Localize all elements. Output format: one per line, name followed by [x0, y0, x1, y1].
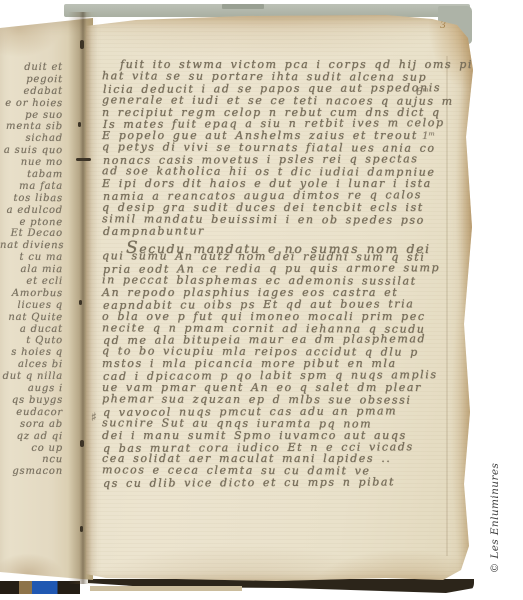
- text-line: e ptone: [0, 216, 63, 228]
- text-line: qs buygs: [0, 395, 63, 407]
- text-line: alces bi: [0, 359, 63, 371]
- sewing-stitch: [80, 526, 83, 532]
- paragraph-one: fuit ito stwma victom pca i corps qd hij…: [102, 58, 448, 236]
- text-line: sucnire Sut au qnqs iuramta pq nom: [102, 416, 448, 429]
- text-line: dampnabuntur: [103, 224, 449, 238]
- text-line: ma fata: [0, 181, 63, 193]
- text-line: a edulcod: [0, 205, 63, 217]
- paragraph-two: Secudu mandatu e no sumas nom deiqui sum…: [102, 238, 448, 488]
- text-line: sora ab: [0, 419, 63, 431]
- text-line: a ducat: [0, 324, 63, 336]
- sewing-stitch: [80, 40, 84, 49]
- text-line: Secudu mandatu e no sumas nom dei: [126, 238, 448, 250]
- text-line: tabam: [0, 169, 63, 181]
- text-line: cad i dpicacom p qo labit spm q nuqs amp…: [103, 368, 449, 382]
- text-line: eudacor: [0, 407, 63, 419]
- text-line: dut q nilla: [0, 371, 63, 383]
- text-line: in peccat blasphemas ec ademonis sussila…: [102, 273, 448, 286]
- sewing-stitch: [79, 300, 82, 305]
- text-line: nat diviens: [0, 240, 63, 252]
- text-line: pe suo: [0, 110, 63, 122]
- manuscript-photo: duit etpegoitedabate or hoiespe suomenta…: [0, 0, 523, 600]
- page-stack-edge: [90, 586, 242, 591]
- text-line: t Quto: [0, 335, 63, 347]
- copyright-caption: © Les Enluminures: [489, 455, 503, 581]
- text-line: duit et: [0, 62, 63, 74]
- text-line: gsmacon: [0, 466, 63, 478]
- text-line: qz ad qi: [0, 430, 63, 442]
- text-line: E ipi dors dit haios e dut yole i lunar …: [102, 177, 448, 189]
- text-line: ue vam pmar quent An eo q salet dm plear: [102, 381, 448, 393]
- text-line: q to bo vicupiu mla reipos accidut q dlu…: [102, 345, 448, 358]
- text-line: Is mates fuit epaq a siu n retbit ives m…: [103, 117, 449, 131]
- sewing-stitch: [80, 440, 84, 447]
- text-line: et ecli: [0, 276, 63, 288]
- sewing-stitch: [78, 122, 81, 127]
- text-line: An repodo plasphius iages eos castra et: [102, 286, 448, 298]
- text-line: namia a reancatos augua dimtos re q calo…: [103, 188, 449, 202]
- text-line: edabat: [0, 86, 63, 98]
- text-line: licues q: [0, 300, 63, 312]
- text-line: e or hoies: [0, 98, 63, 110]
- manuscript-text: fuit ito stwma victom pca i corps qd hij…: [102, 58, 448, 488]
- binding-top-edge: [64, 4, 470, 17]
- binding-top-tab: [222, 4, 264, 9]
- left-page-text-fragments: duit etpegoitedabate or hoiespe suomenta…: [0, 62, 63, 478]
- text-line: ala mia: [0, 264, 63, 276]
- text-line: mstos i mla picancia more pibut en mla: [102, 357, 448, 369]
- text-line: t cu ma: [0, 252, 63, 264]
- sewing-stitch: [76, 158, 91, 161]
- text-line: a suis quo: [0, 145, 63, 157]
- text-line: qs cu dlib vice dicto et cu mps n pibat: [103, 475, 449, 489]
- text-line: generale et iudi et se ce teti nacoes q …: [102, 93, 448, 106]
- text-line: pegoit: [0, 74, 63, 86]
- right-page: 3 6ᵐ 1ᵐ ♯ fuit ito stwma victom pca i co…: [86, 12, 474, 588]
- text-line: Et Decao: [0, 228, 63, 240]
- text-line: menta sib: [0, 121, 63, 133]
- text-line: fuit ito stwma victom pca i corps qd hij…: [120, 58, 448, 70]
- text-line: co up: [0, 443, 63, 455]
- text-line: augs i: [0, 383, 63, 395]
- text-line: nat Quite: [0, 312, 63, 324]
- text-line: eapndabit cu oibs ps Et qd aut boues tri…: [103, 297, 449, 311]
- text-line: sichad: [0, 133, 63, 145]
- text-line: Amorbus: [0, 288, 63, 300]
- text-line: tos libas: [0, 193, 63, 205]
- text-line: E popelo gue aut Anshelms zaius et treou…: [102, 129, 448, 141]
- text-line: s hoies q: [0, 347, 63, 359]
- text-line: nue mo: [0, 157, 63, 169]
- text-line: ncu: [0, 454, 63, 466]
- text-line: q bas murat cora iudico Et n e cci vicad…: [103, 440, 449, 454]
- text-line: dei i manu sumit Spmo iuvamco aut auqs: [102, 429, 448, 441]
- text-line: ad soe katholica hii os t dic iudiai dam…: [102, 164, 448, 177]
- book-gutter: [68, 12, 98, 584]
